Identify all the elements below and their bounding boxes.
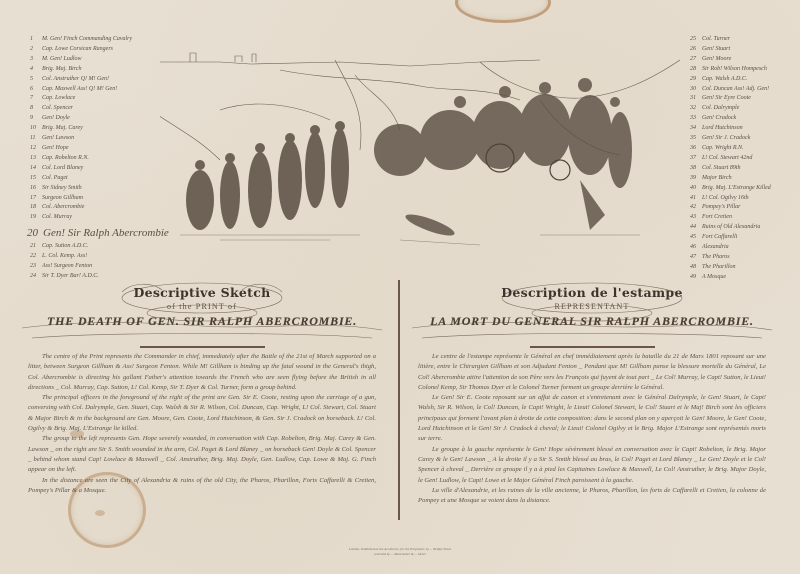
key-number: 21 [30,242,42,252]
key-entry: 35Gen! Sir J. Cradock [690,134,800,144]
french-description: Description de l'estampe REPRESENTANT LA… [412,280,772,506]
key-number: 1 [30,35,42,45]
key-entry: 41L! Col. Ogilvy 16th [690,194,800,204]
key-name: Major Birch [702,174,732,184]
key-number: 40 [690,184,702,194]
key-name: Gen! Sir Eyre Coote [702,94,751,104]
key-number: 42 [690,203,702,213]
key-name: Brig. Maj. L'Estrange Killed [702,184,771,194]
key-number: 33 [690,114,702,124]
english-body: The centre of the Print represents the C… [22,352,382,496]
key-name: Cap. Robelton R.N. [42,154,89,164]
key-number: 46 [690,243,702,253]
key-entry: 42Pompey's Pillar [690,203,800,213]
key-entry: 12Gen! Hope [30,144,180,154]
key-number: 20 [27,225,43,241]
key-name: Col. Dalrymple [702,104,739,114]
key-entry: 27Gen! Moore [690,55,800,65]
key-entry: 39Major Birch [690,174,800,184]
key-name: L! Col. Ogilvy 16th [702,194,749,204]
key-number: 8 [30,104,42,114]
key-entry: 5Col. Anstruther Q! M! Gen! [30,75,180,85]
key-entry: 14Col. Lord Blaney [30,164,180,174]
english-subheading: of the PRINT of [22,302,382,311]
publisher-imprint: London, Published as the Act directs, fo… [330,547,470,557]
key-number: 2 [30,45,42,55]
key-entry: 2Cap. Lowe Corsican Rangers [30,45,180,55]
english-paragraph: The principal officers in the foreground… [28,393,376,434]
key-entry: 32Col. Dalrymple [690,104,800,114]
key-entry: 11Gen! Lawson [30,134,180,144]
french-heading: Description de l'estampe [412,280,772,300]
key-name: Col. Abercrombie [42,203,84,213]
key-name: L! Col. Stewart 42nd [702,154,752,164]
key-name: The Pharos [702,253,730,263]
key-entry: 16Sir Sidney Smith [30,184,180,194]
english-paragraph: In the distance are seen the City of Ale… [28,476,376,497]
key-name: Cap. Lowlace [42,94,75,104]
key-entry: 17Surgeon Gillham [30,194,180,204]
key-entry: 19Col. Murray [30,213,180,223]
key-name: Col. Duncan Ass! Adj. Gen! [702,85,769,95]
french-paragraph: Le centre de l'estampe représente le Gén… [418,352,766,393]
key-entry: 28Sir Rob! Wilson Hompesch [690,65,800,75]
key-name: Col. Lord Blaney [42,164,83,174]
key-name: Cap. Wright R.N. [702,144,744,154]
key-name: Sir Rob! Wilson Hompesch [702,65,767,75]
key-name: Surgeon Gillham [42,194,83,204]
key-number: 30 [690,85,702,95]
french-title-cartouche: Description de l'estampe REPRESENTANT LA… [412,280,772,340]
key-name: The Pharillon [702,263,736,273]
french-title: LA MORT DU GENERAL SIR RALPH ABERCROMBIE… [412,314,772,329]
key-number: 39 [690,174,702,184]
key-entry: 46Alexandria [690,243,800,253]
key-name: Cap. Sutton A.D.C. [42,242,88,252]
french-paragraph: La ville d'Alexandrie, et les ruines de … [418,486,766,507]
key-number: 38 [690,164,702,174]
key-entry: 1M. Gen! Finch Commanding Cavalry [30,35,180,45]
key-entry: 47The Pharos [690,253,800,263]
key-name: Sir Sidney Smith [42,184,82,194]
key-number: 11 [30,134,42,144]
key-entry: 9Gen! Doyle [30,114,180,124]
key-entry: 26Gen! Stuart [690,45,800,55]
key-name: Alexandria [702,243,729,253]
key-name: Gen! Doyle [42,114,70,124]
english-title-cartouche: Descriptive Sketch of the PRINT of THE D… [22,280,382,340]
key-number: 35 [690,134,702,144]
key-number: 10 [30,124,42,134]
key-name: Gen! Stuart [702,45,730,55]
engraving-illustration [160,40,680,280]
key-name: Gen! Cradock [702,114,736,124]
key-name: Cap. Walsh A.D.C. [702,75,747,85]
key-entry: 43Fort Cretien [690,213,800,223]
key-number: 43 [690,213,702,223]
key-number: 15 [30,174,42,184]
key-entry: 31Gen! Sir Eyre Coote [690,94,800,104]
key-entry: 15Col. Paget [30,174,180,184]
key-entry: 21Cap. Sutton A.D.C. [30,242,180,252]
key-entry: 10Brig. Maj. Carey [30,124,180,134]
key-name: Pompey's Pillar [702,203,740,213]
english-heading: Descriptive Sketch [22,280,382,300]
key-number: 6 [30,85,42,95]
key-name: Col. Spencer [42,104,73,114]
key-number: 44 [690,223,702,233]
key-entry: 4Brig. Maj. Birch [30,65,180,75]
french-body: Le centre de l'estampe représente le Gén… [412,352,772,506]
key-entry: 25Col. Turner [690,35,800,45]
key-entry: 7Cap. Lowlace [30,94,180,104]
key-number: 36 [690,144,702,154]
key-number: 26 [690,45,702,55]
key-entry: 34Lord Hutchinson [690,124,800,134]
figure-key-left: 1M. Gen! Finch Commanding Cavalry2Cap. L… [30,35,180,282]
key-entry: 13Cap. Robelton R.N. [30,154,180,164]
french-subheading: REPRESENTANT [412,302,772,311]
english-title: THE DEATH OF GEN. SIR RALPH ABERCROMBIE. [22,314,382,329]
key-number: 27 [690,55,702,65]
key-number: 3 [30,55,42,65]
key-number: 37 [690,154,702,164]
english-description: Descriptive Sketch of the PRINT of THE D… [22,280,382,496]
key-number: 45 [690,233,702,243]
key-name: M. Gen! Ludlow [42,55,82,65]
key-entry: 29Cap. Walsh A.D.C. [690,75,800,85]
key-entry: 20Gen! Sir Ralph Abercrombie [27,225,180,241]
key-name: Col. Stuart 89th [702,164,741,174]
water-stain [455,0,551,23]
key-entry: 33Gen! Cradock [690,114,800,124]
title-rule [530,346,655,348]
ink-spot [95,510,105,516]
key-name: Gen! Sir J. Cradock [702,134,750,144]
title-rule [140,346,265,348]
key-entry: 23Ass! Surgeon Fenton [30,262,180,272]
key-name: M. Gen! Finch Commanding Cavalry [42,35,132,45]
key-name: Cap. Lowe Corsican Rangers [42,45,113,55]
key-number: 13 [30,154,42,164]
key-name: Gen! Lawson [42,134,74,144]
key-name: Col. Murray [42,213,72,223]
english-paragraph: The group to the left represents Gen. Ho… [28,434,376,475]
key-entry: 36Cap. Wright R.N. [690,144,800,154]
key-number: 7 [30,94,42,104]
key-name: Col. Paget [42,174,68,184]
key-entry: 8Col. Spencer [30,104,180,114]
key-entry: 48The Pharillon [690,263,800,273]
key-entry: 45Fort Caffarelli [690,233,800,243]
key-number: 32 [690,104,702,114]
key-entry: 40Brig. Maj. L'Estrange Killed [690,184,800,194]
key-name: Ruins of Old Alexandria [702,223,760,233]
key-entry: 30Col. Duncan Ass! Adj. Gen! [690,85,800,95]
key-number: 31 [690,94,702,104]
figure-key-right: 25Col. Turner26Gen! Stuart27Gen! Moore28… [690,35,800,283]
key-number: 22 [30,252,42,262]
key-number: 41 [690,194,702,204]
key-name: Fort Cretien [702,213,732,223]
key-name: Ass! Surgeon Fenton [42,262,92,272]
key-entry: 38Col. Stuart 89th [690,164,800,174]
key-name: Gen! Sir Ralph Abercrombie [43,225,169,241]
key-entry: 6Cap. Maxwell Ass! Q! M! Gen! [30,85,180,95]
key-number: 19 [30,213,42,223]
french-paragraph: Le groupe à la gauche représente le Gen!… [418,445,766,486]
key-number: 4 [30,65,42,75]
key-number: 9 [30,114,42,124]
key-name: Brig. Maj. Birch [42,65,81,75]
key-number: 28 [690,65,702,75]
key-name: L. Col. Kemp. Ass! [42,252,87,262]
key-name: Brig. Maj. Carey [42,124,83,134]
key-number: 16 [30,184,42,194]
key-entry: 44Ruins of Old Alexandria [690,223,800,233]
key-number: 23 [30,262,42,272]
key-entry: 18Col. Abercrombie [30,203,180,213]
key-number: 25 [690,35,702,45]
key-name: Lord Hutchinson [702,124,743,134]
key-number: 18 [30,203,42,213]
key-name: Col. Anstruther Q! M! Gen! [42,75,109,85]
imprint-line: and sold by ... Manchester & ... Street [330,552,470,557]
english-paragraph: The centre of the Print represents the C… [28,352,376,393]
key-name: Fort Caffarelli [702,233,737,243]
key-number: 48 [690,263,702,273]
key-number: 47 [690,253,702,263]
key-name: Col. Turner [702,35,730,45]
key-name: Gen! Hope [42,144,69,154]
key-number: 12 [30,144,42,154]
key-name: Gen! Moore [702,55,731,65]
key-number: 14 [30,164,42,174]
key-entry: 3M. Gen! Ludlow [30,55,180,65]
key-entry: 37L! Col. Stewart 42nd [690,154,800,164]
key-number: 29 [690,75,702,85]
engraved-document: 1M. Gen! Finch Commanding Cavalry2Cap. L… [0,0,800,574]
key-number: 17 [30,194,42,204]
key-number: 5 [30,75,42,85]
key-number: 34 [690,124,702,134]
column-divider [398,280,400,520]
key-entry: 22L. Col. Kemp. Ass! [30,252,180,262]
french-paragraph: Le Gen! Sir E. Coote reposant sur un aff… [418,393,766,444]
key-name: Cap. Maxwell Ass! Q! M! Gen! [42,85,117,95]
